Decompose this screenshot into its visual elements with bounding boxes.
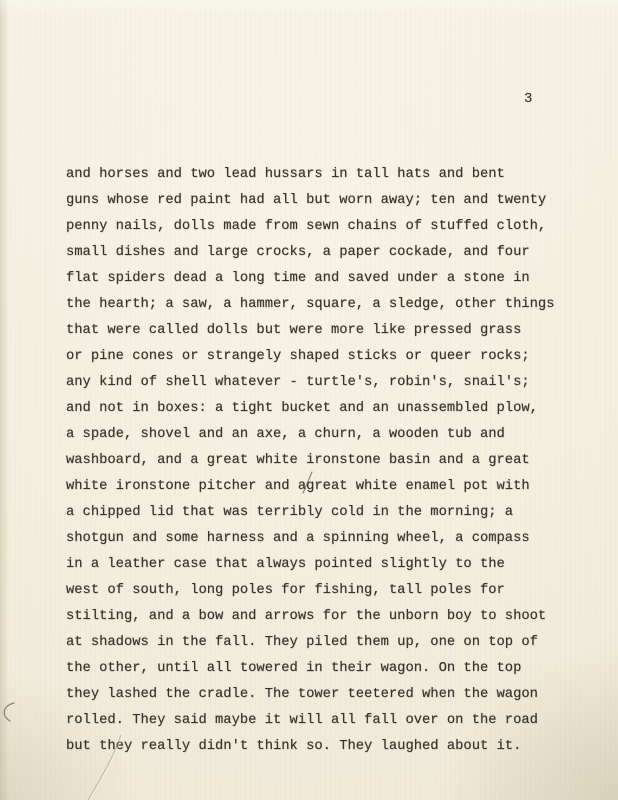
text-line: white ironstone pitcher and agreat white… [66,474,576,500]
page-number: 3 [524,91,532,107]
text-line: west of south, long poles for fishing, t… [66,578,576,604]
text-line: they lashed the cradle. The tower teeter… [66,682,576,708]
text-line: the other, until all towered in their wa… [66,656,576,682]
text-line: but they really didn't think so. They la… [66,734,576,760]
text-line: or pine cones or strangely shaped sticks… [66,344,576,370]
text-line: at shadows in the fall. They piled them … [66,630,576,656]
text-line: small dishes and large crocks, a paper c… [66,240,576,266]
text-line: any kind of shell whatever - turtle's, r… [66,370,576,396]
text-line: flat spiders dead a long time and saved … [66,266,576,292]
text-line: the hearth; a saw, a hammer, square, a s… [66,292,576,318]
text-line: a chipped lid that was terribly cold in … [66,500,576,526]
text-line: shotgun and some harness and a spinning … [66,526,576,552]
text-line: in a leather case that always pointed sl… [66,552,576,578]
body-text: and horses and two lead hussars in tall … [66,162,576,760]
text-line: and horses and two lead hussars in tall … [66,162,576,188]
text-line: a spade, shovel and an axe, a churn, a w… [66,422,576,448]
pencil-hook-mark [4,703,14,721]
text-line: guns whose red paint had all but worn aw… [66,188,576,214]
text-line: penny nails, dolls made from sewn chains… [66,214,576,240]
text-line: rolled. They said maybe it will all fall… [66,708,576,734]
text-line: washboard, and a great white ironstone b… [66,448,576,474]
text-line: stilting, and a bow and arrows for the u… [66,604,576,630]
text-line: that were called dolls but were more lik… [66,318,576,344]
text-line: and not in boxes: a tight bucket and an … [66,396,576,422]
typewritten-page: 3 and horses and two lead hussars in tal… [0,0,618,800]
